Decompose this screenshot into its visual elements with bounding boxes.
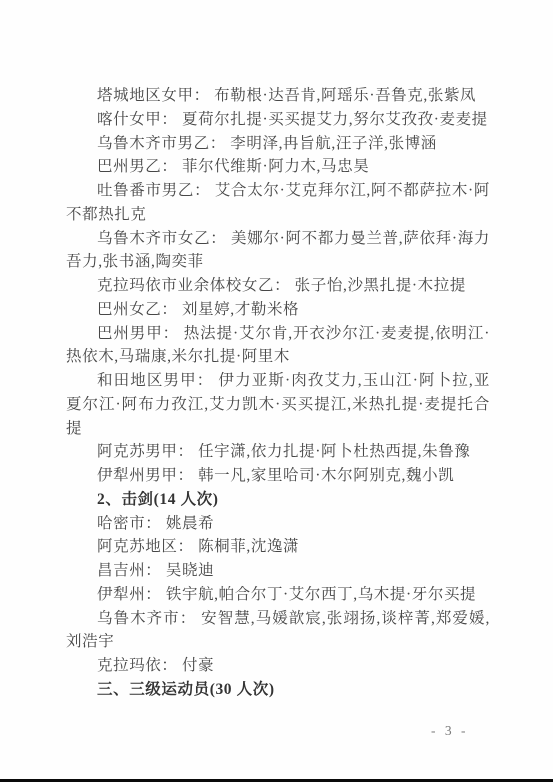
entry-line: 乌鲁木齐市女乙： 美娜尔·阿不都力曼兰普,萨依拜·海力吾力,张书涵,陶奕菲 (66, 227, 490, 275)
section-heading-fencing: 2、击剑(14 人次) (66, 488, 490, 512)
entry-line: 巴州女乙： 刘星婷,才勒米格 (66, 298, 490, 322)
entry-line: 喀什女甲： 夏荷尔扎提·买买提艾力,努尔艾孜孜·麦麦提 (66, 108, 490, 132)
scanned-document-page: 塔城地区女甲： 布勒根·达吾肯,阿瑶乐·吾鲁克,张紫凤 喀什女甲： 夏荷尔扎提·… (0, 0, 553, 782)
entry-line: 昌吉州： 吴晓迪 (66, 559, 490, 583)
entry-line: 伊犁州男甲： 韩一凡,家里哈司·木尔阿别克,魏小凯 (66, 464, 490, 488)
entry-line: 伊犁州： 铁宇航,帕合尔丁·艾尔西丁,乌木提·牙尔买提 (66, 583, 490, 607)
section-heading-grade3: 三、三级运动员(30 人次) (66, 678, 490, 702)
entry-line: 巴州男甲： 热法提·艾尔肯,开衣沙尔江·麦麦提,依明江·热依木,马瑞康,米尔扎提… (66, 322, 490, 370)
entry-line: 乌鲁木齐市： 安智慧,马媛歆宸,张翊扬,谈梓菁,郑爱媛,刘浩宇 (66, 607, 490, 655)
entry-line: 巴州男乙： 菲尔代维斯·阿力木,马忠昊 (66, 155, 490, 179)
page-number: - 3 - (431, 723, 469, 739)
entry-line: 克拉玛依市业余体校女乙： 张子怡,沙黑扎提·木拉提 (66, 274, 490, 298)
entry-line: 阿克苏男甲： 任宇潇,依力扎提·阿卜杜热西提,朱鲁豫 (66, 440, 490, 464)
entry-line: 克拉玛依： 付豪 (66, 654, 490, 678)
entry-line: 乌鲁木齐市男乙： 李明泽,冉旨航,汪子洋,张博涵 (66, 132, 490, 156)
body-text: 塔城地区女甲： 布勒根·达吾肯,阿瑶乐·吾鲁克,张紫凤 喀什女甲： 夏荷尔扎提·… (66, 84, 490, 702)
entry-line: 哈密市： 姚晨希 (66, 512, 490, 536)
entry-line: 和田地区男甲： 伊力亚斯·肉孜艾力,玉山江·阿卜拉,亚夏尔江·阿布力孜江,艾力凯… (66, 369, 490, 440)
entry-line: 吐鲁番市男乙： 艾合太尔·艾克拜尔江,阿不都萨拉木·阿不都热扎克 (66, 179, 490, 227)
entry-line: 阿克苏地区： 陈桐菲,沈逸潇 (66, 535, 490, 559)
entry-line: 塔城地区女甲： 布勒根·达吾肯,阿瑶乐·吾鲁克,张紫凤 (66, 84, 490, 108)
